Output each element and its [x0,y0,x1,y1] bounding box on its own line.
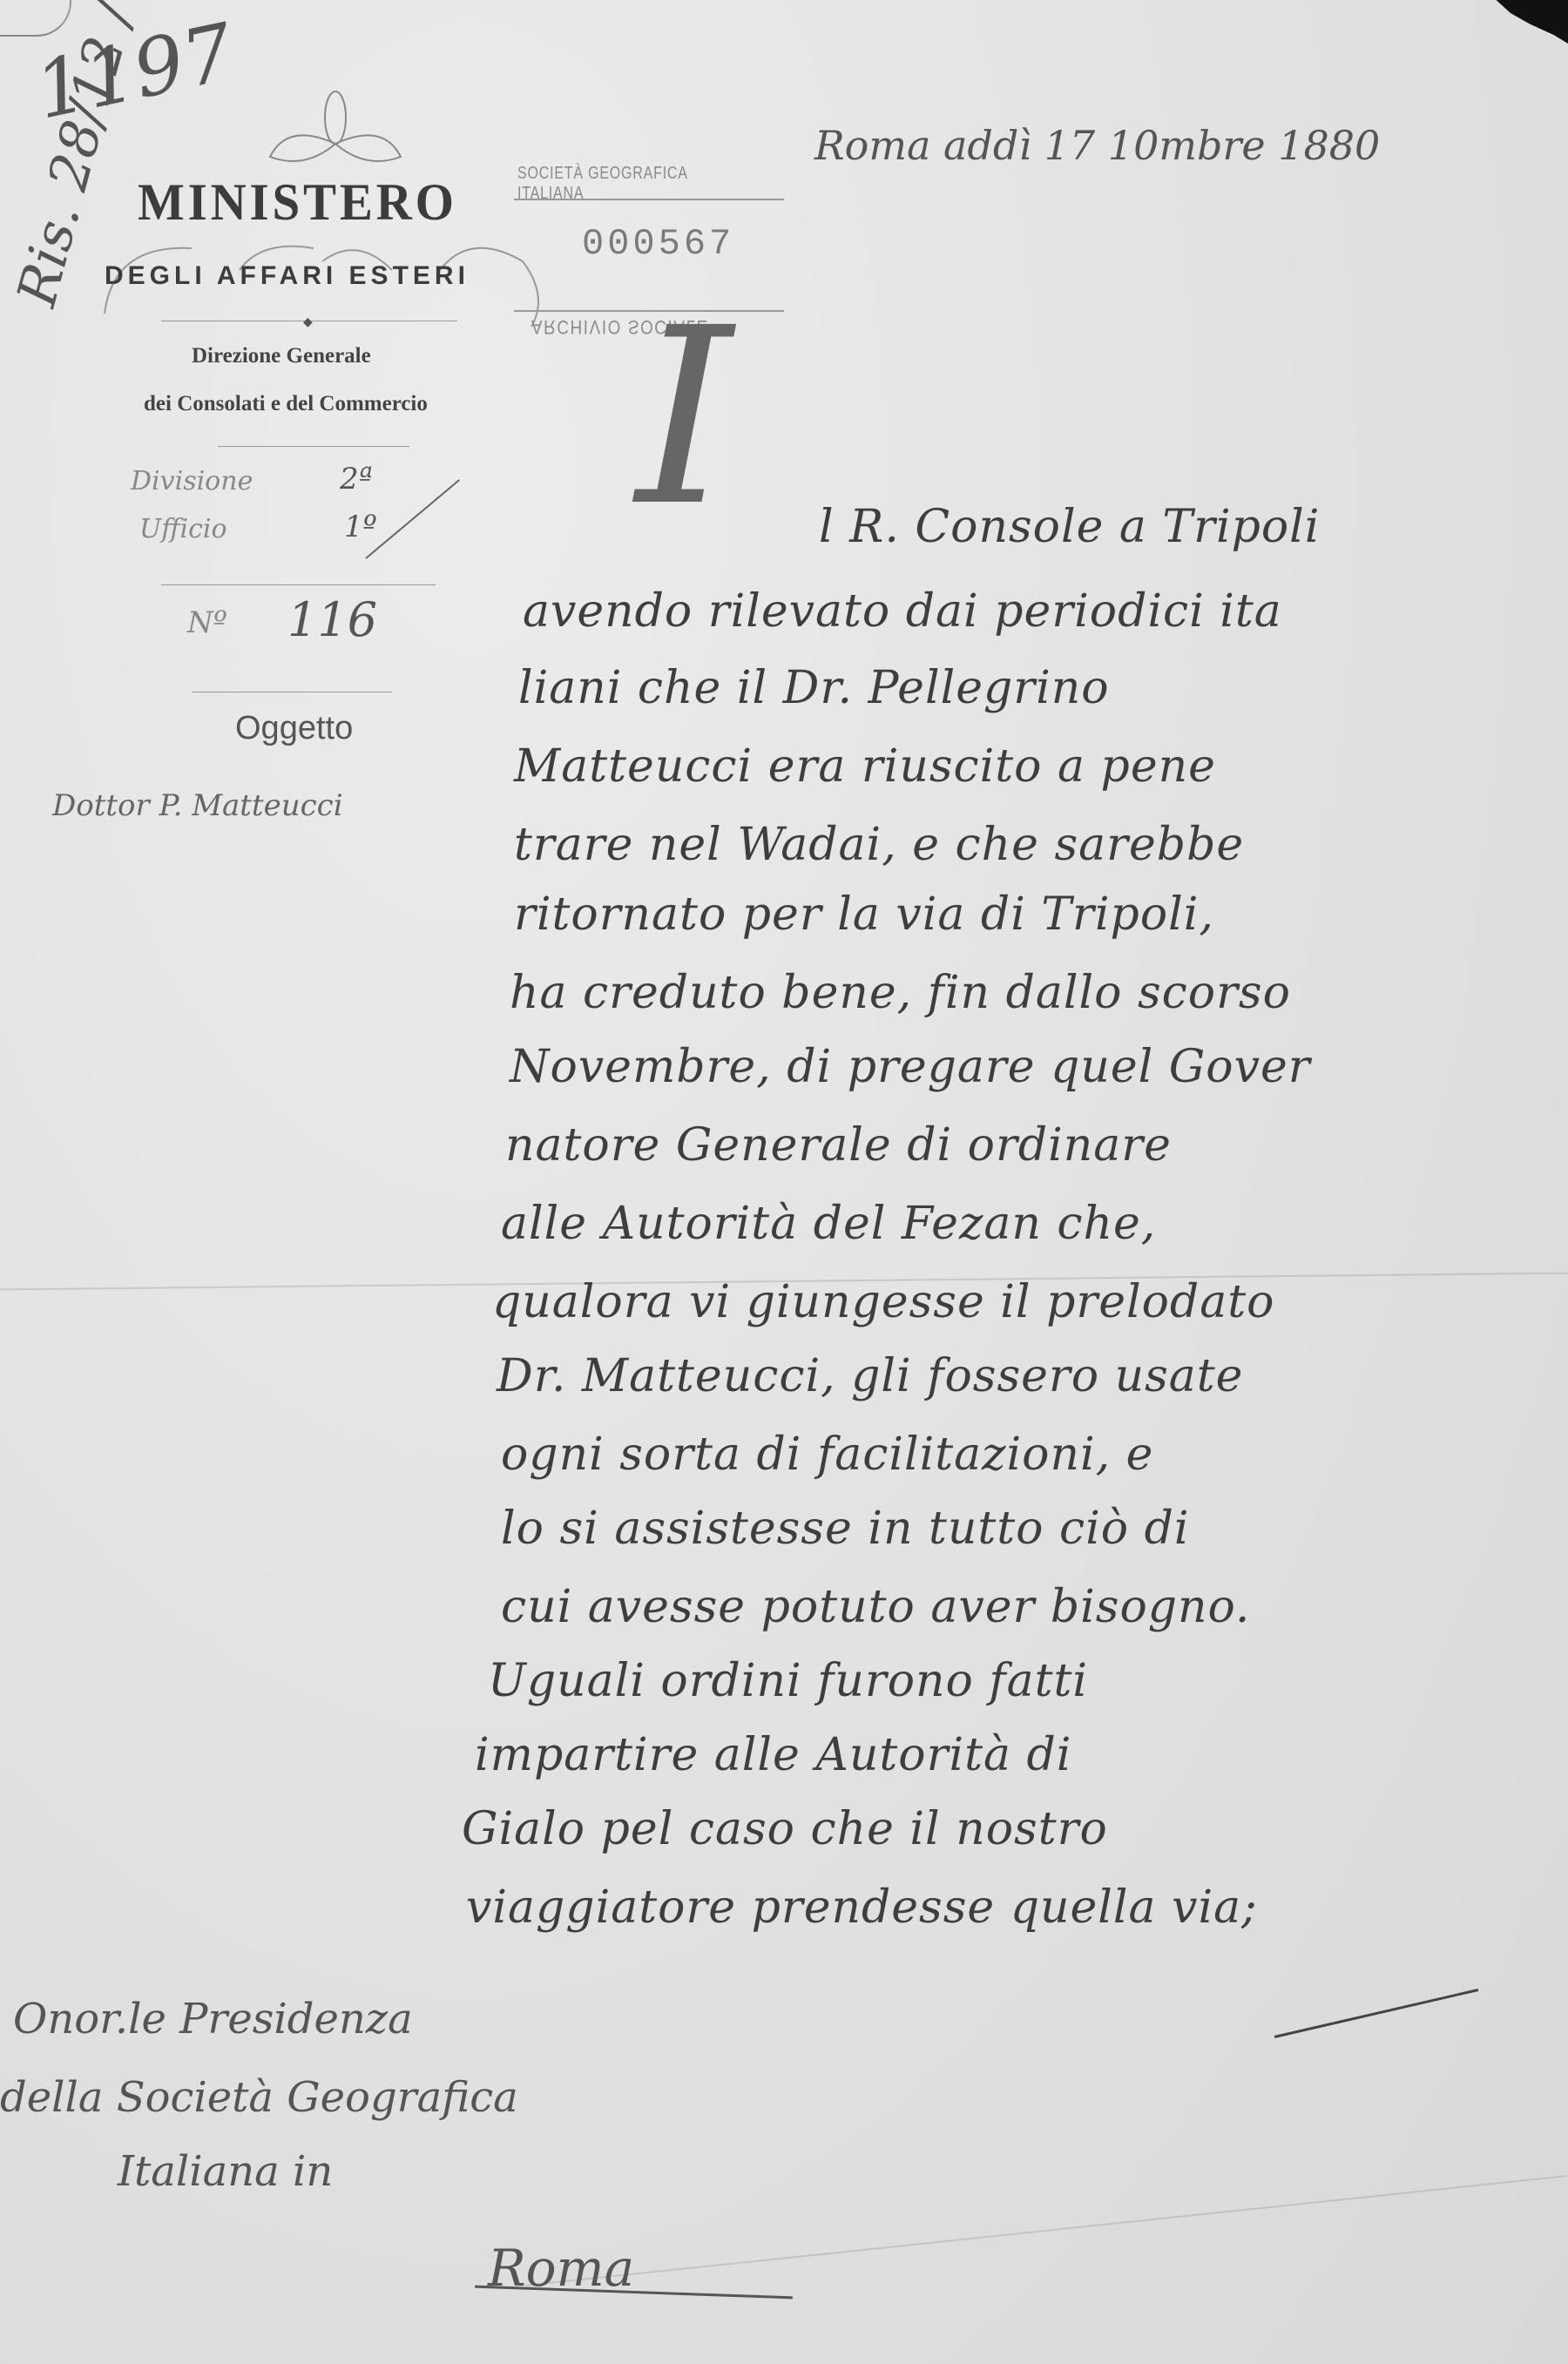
divisione-label: Divisione [131,466,253,496]
letterhead-flourish-icon [253,87,418,174]
subject-value: Dottor P. Matteucci [52,788,343,823]
address-line-2: della Società Geografica [0,2073,518,2122]
address-line-1: Onor.le Presidenza [13,1995,413,2043]
document-page: 1197 Ris. 28/12 / 87 MINISTERO DEGLI AFF… [0,0,1568,2364]
ufficio-value: 1º [344,510,377,544]
letter-line: Novembre, di pregare quel Gover [510,1041,1311,1093]
letter-line: l R. Console a Tripoli [819,501,1320,553]
address-line-3: Italiana in [118,2147,333,2196]
letterhead-title: MINISTERO [138,172,457,233]
protocol-number-label: Nº [187,605,227,640]
torn-corner [1472,0,1568,44]
divider [161,584,436,585]
stamp-divider [514,199,784,200]
stamp-number: 000567 [582,223,734,265]
letter-line: ogni sorta di facilitazioni, e [501,1429,1153,1481]
letter-line: trare nel Wadai, e che sarebbe [514,819,1244,871]
letter-line: qualora vi giungesse il prelodato [492,1276,1274,1328]
letter-line: natore Generale di ordinare [505,1119,1172,1172]
subject-label: Oggetto [235,710,353,747]
torn-corner-left [0,0,71,37]
letter-line: cui avesse potuto aver bisogno. [501,1581,1250,1633]
divider [218,446,409,447]
closing-flourish [1274,1989,1479,2038]
letter-line: Gialo pel caso che il nostro [462,1803,1108,1855]
divisione-value: 2ª [340,462,373,496]
slash-mark [365,479,460,559]
divider [192,692,392,692]
ornament-diamond-icon: ◆ [303,315,313,330]
salutation-initial: I [636,296,733,540]
letter-line: ha creduto bene, fin dallo scorso [510,967,1291,1019]
paper-crease [525,2175,1565,2286]
protocol-number-value: 116 [287,592,377,647]
department-line-2: dei Consolati e del Commercio [144,392,428,416]
letter-line: liani che il Dr. Pellegrino [518,662,1110,714]
ufficio-label: Ufficio [139,514,227,544]
letter-line: Uguali ordini furono fatti [488,1655,1088,1707]
letter-date: Roma addì 17 10mbre 1880 [814,122,1380,169]
letter-line: avendo rilevato dai periodici ita [523,585,1282,638]
letter-line: impartire alle Autorità di [475,1729,1071,1781]
letter-line: alle Autorità del Fezan che, [501,1198,1156,1250]
letter-line: Dr. Matteucci, gli fossero usate [497,1350,1243,1402]
department-line-1: Direzione Generale [192,344,371,368]
letter-line: ritornato per la via di Tripoli, [514,888,1214,941]
letter-line: lo si assistesse in tutto ciò di [501,1503,1190,1555]
letter-line: viaggiatore prendesse quella via; [466,1881,1258,1934]
letterhead-subtitle: DEGLI AFFARI ESTERI [105,261,470,291]
letter-line: Matteucci era riuscito a pene [514,740,1216,793]
